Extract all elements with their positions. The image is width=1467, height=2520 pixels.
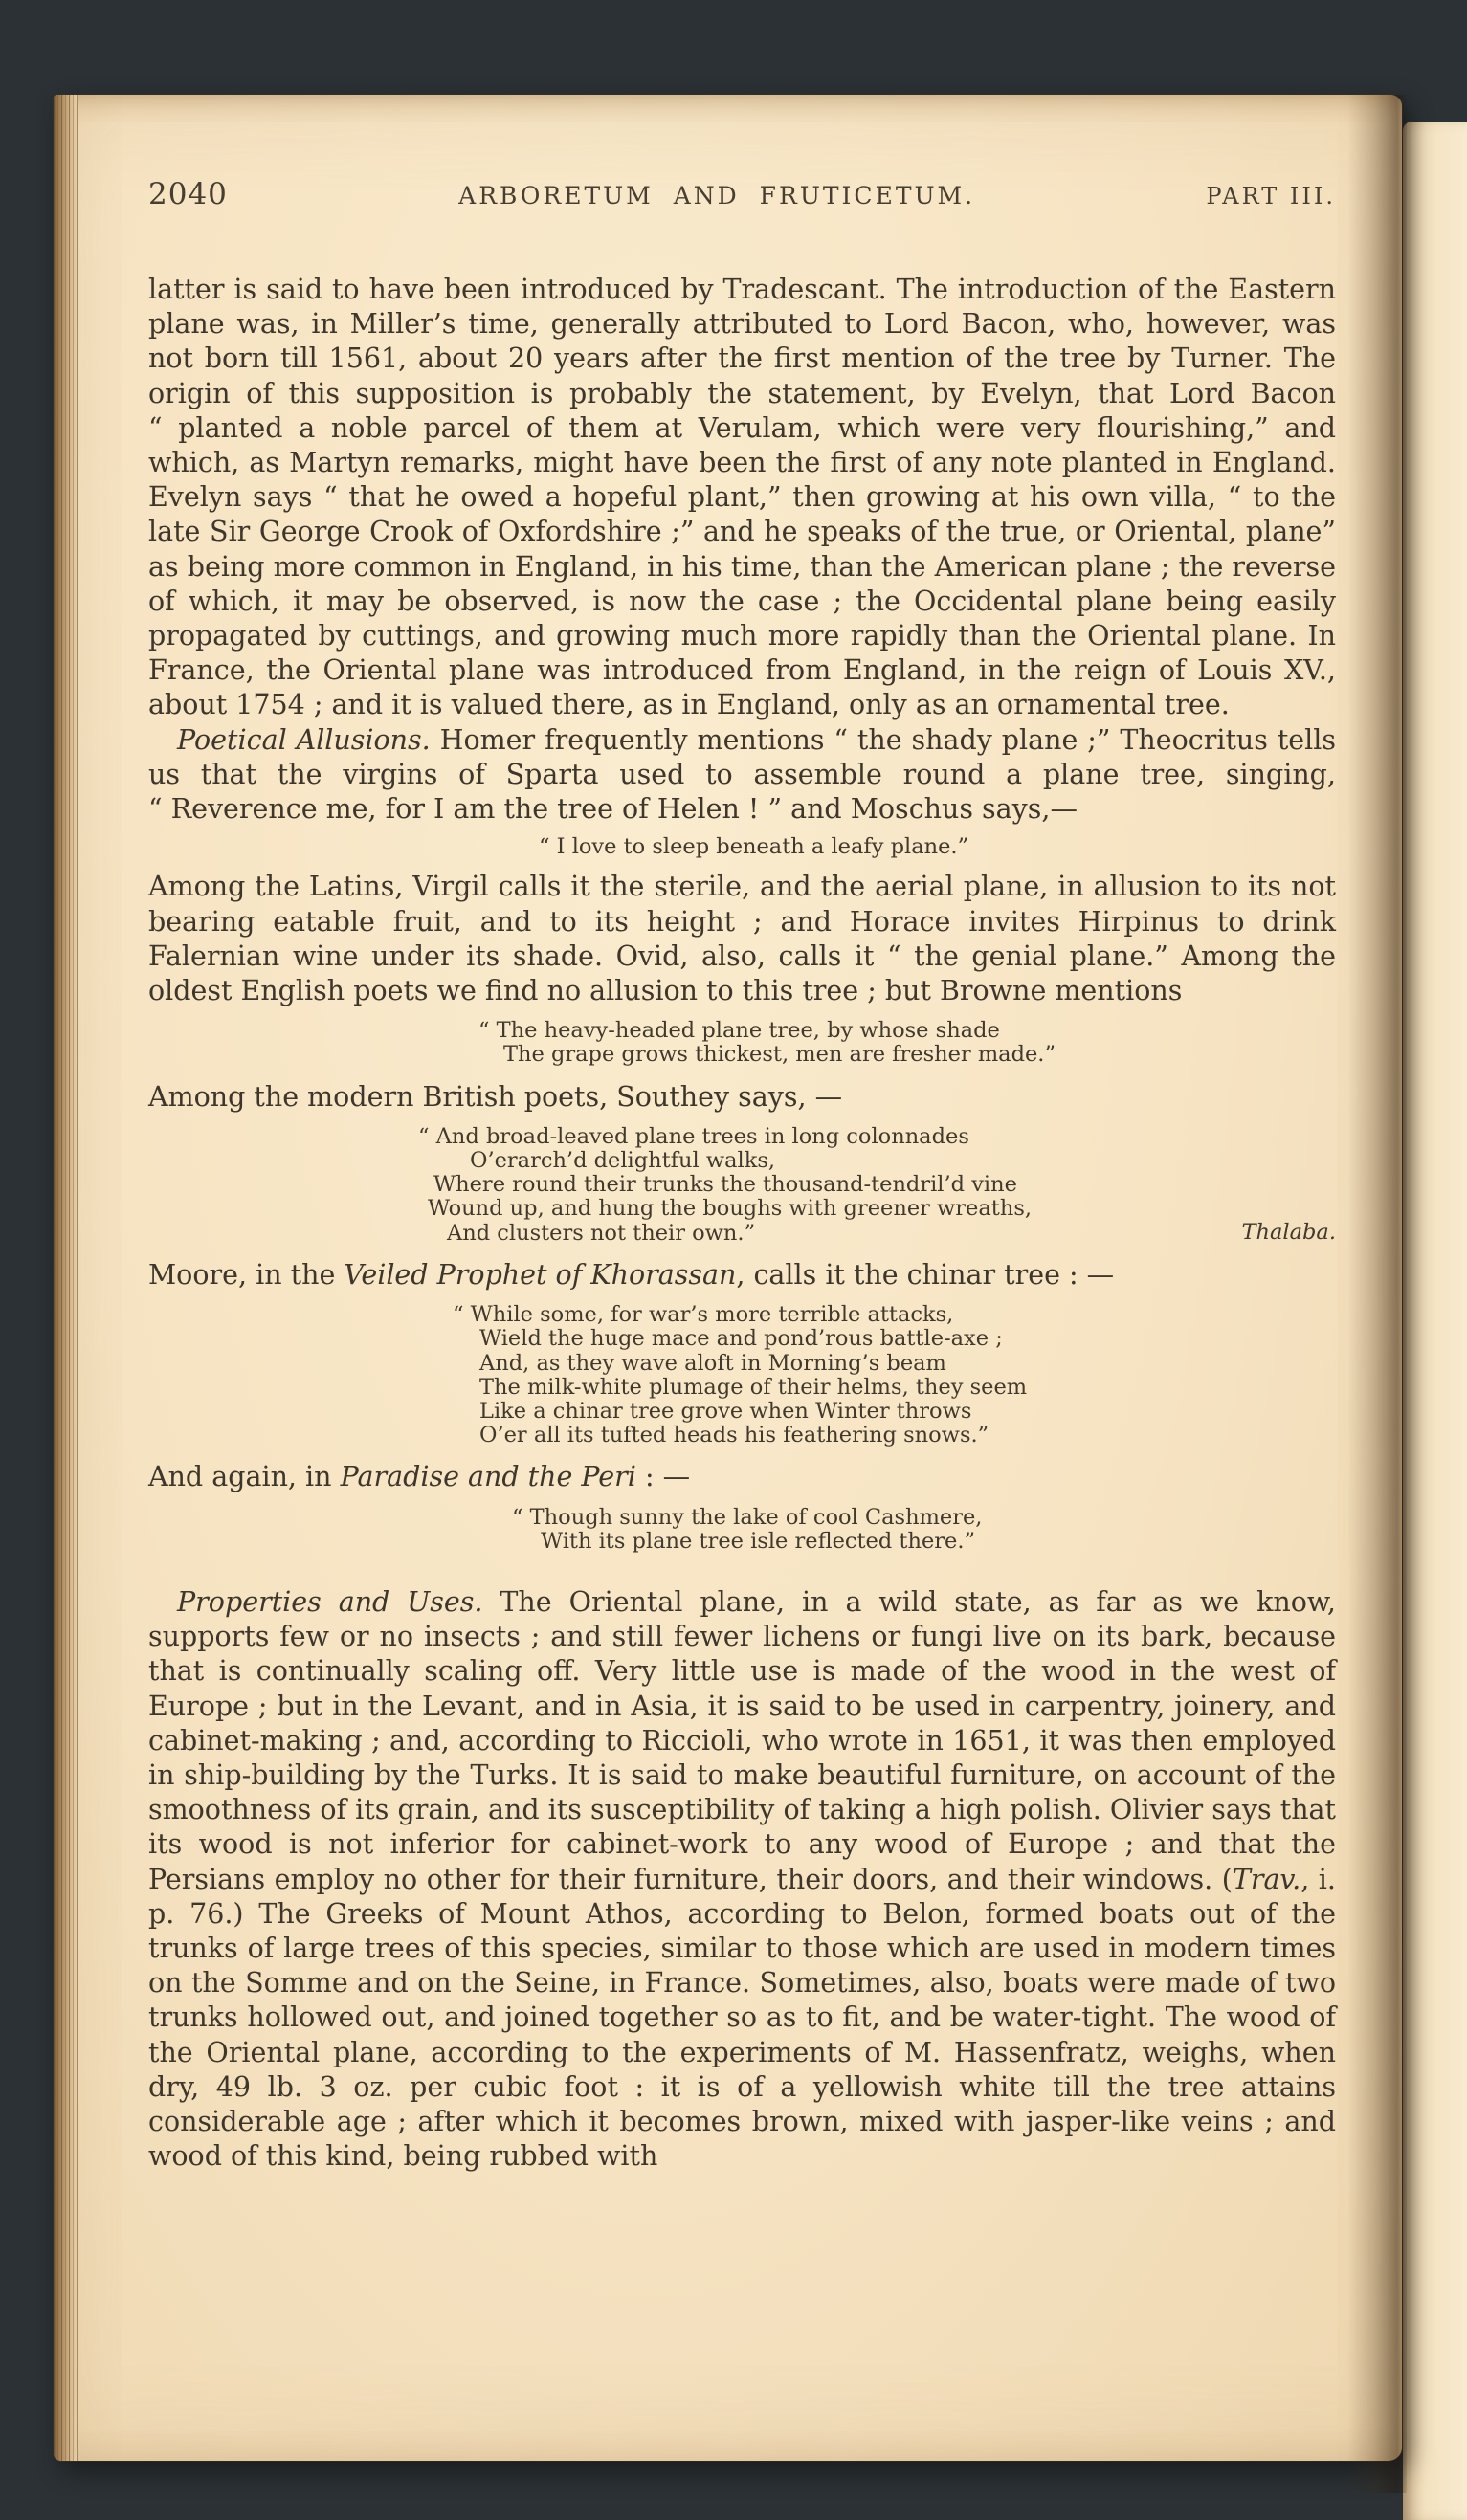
paragraph-text: latter is said to have been introduced b… — [148, 274, 1336, 720]
verse-line: “ I love to sleep beneath a leafy plane.… — [539, 835, 1336, 859]
paragraph-text: And again, in — [148, 1461, 341, 1492]
verse-browne-quote: “ The heavy-headed plane tree, by whose … — [478, 1019, 1336, 1067]
page-edge-stack — [54, 95, 78, 2461]
book-page: 2040 ARBORETUM AND FRUTICETUM. PART III.… — [54, 95, 1402, 2461]
paragraph-properties-and-uses: Properties and Uses. The Oriental plane,… — [148, 1585, 1336, 2174]
paragraph-text: : — — [636, 1461, 690, 1492]
verse-line: O’erarch’d delightful walks, — [418, 1149, 1336, 1173]
verse-line: Wound up, and hung the boughs with green… — [418, 1197, 1336, 1221]
paragraph-latin-poets: Among the Latins, Virgil calls it the st… — [148, 870, 1336, 1008]
adjacent-page-edge — [1403, 122, 1467, 2520]
verse-southey-thalaba: “ And broad-leaved plane trees in long c… — [418, 1125, 1336, 1246]
verse-line: “ The heavy-headed plane tree, by whose … — [478, 1019, 1336, 1043]
verse-line: Where round their trunks the thousand-te… — [418, 1173, 1336, 1197]
paragraph-poetical-allusions: Poetical Allusions. Homer frequently men… — [148, 723, 1336, 828]
running-head: 2040 ARBORETUM AND FRUTICETUM. PART III. — [148, 177, 1336, 211]
part-label: PART III. — [1206, 183, 1336, 210]
verse-line: And clusters not their own.” — [418, 1222, 1336, 1246]
verse-line: Like a chinar tree grove when Winter thr… — [453, 1400, 1336, 1424]
page-content: 2040 ARBORETUM AND FRUTICETUM. PART III.… — [148, 95, 1336, 2174]
verse-line: Wield the huge mace and pond’rous battle… — [453, 1327, 1336, 1351]
scanned-book-photo: 2040 ARBORETUM AND FRUTICETUM. PART III.… — [0, 0, 1467, 2520]
paragraph-lead-italic: Properties and Uses. — [177, 1586, 482, 1618]
paragraph-lead-italic: Poetical Allusions. — [177, 724, 431, 756]
paragraph-text: The Oriental plane, in a wild state, as … — [148, 1586, 1336, 1895]
work-title-italic: Veiled Prophet of Khorassan — [344, 1259, 736, 1291]
verse-moore-khorassan: “ While some, for war’s more terrible at… — [453, 1303, 1336, 1448]
paragraph-paradise-peri-intro: And again, in Paradise and the Peri : — — [148, 1460, 1336, 1494]
verse-line: With its plane tree isle reflected there… — [512, 1530, 1336, 1554]
paragraph-introduction-of-plane: latter is said to have been introduced b… — [148, 273, 1336, 723]
verse-paradise-peri: “ Though sunny the lake of cool Cashmere… — [512, 1506, 1336, 1554]
paragraph-text: Among the modern British poets, Southey … — [148, 1081, 842, 1113]
paragraph-text: , calls it the chinar tree : — — [736, 1259, 1114, 1291]
paragraph-moore-intro: Moore, in the Veiled Prophet of Khorassa… — [148, 1258, 1336, 1293]
paragraph-text: Among the Latins, Virgil calls it the st… — [148, 871, 1336, 1006]
verse-line: The grape grows thickest, men are freshe… — [478, 1043, 1336, 1067]
verse-line: “ While some, for war’s more terrible at… — [453, 1303, 1336, 1327]
verse-line: The milk-white plumage of their helms, t… — [453, 1376, 1336, 1400]
citation-italic: Trav. — [1233, 1864, 1300, 1895]
paragraph-southey-intro: Among the modern British poets, Southey … — [148, 1080, 1336, 1115]
verse-line: O’er all its tufted heads his feathering… — [453, 1424, 1336, 1448]
paragraph-text: Moore, in the — [148, 1259, 344, 1291]
paragraph-text: , i. p. 76.) The Greeks of Mount Athos, … — [148, 1864, 1336, 2173]
verse-attribution: Thalaba. — [1242, 1221, 1337, 1245]
running-title: ARBORETUM AND FRUTICETUM. — [228, 182, 1206, 210]
verse-line: And, as they wave aloft in Morning’s bea… — [453, 1352, 1336, 1376]
body-text: latter is said to have been introduced b… — [148, 273, 1336, 2174]
page-number: 2040 — [148, 177, 228, 211]
verse-line: “ Though sunny the lake of cool Cashmere… — [512, 1506, 1336, 1530]
verse-moschus-quote: “ I love to sleep beneath a leafy plane.… — [539, 835, 1336, 859]
work-title-italic: Paradise and the Peri — [341, 1461, 636, 1492]
verse-line: “ And broad-leaved plane trees in long c… — [418, 1125, 1336, 1149]
